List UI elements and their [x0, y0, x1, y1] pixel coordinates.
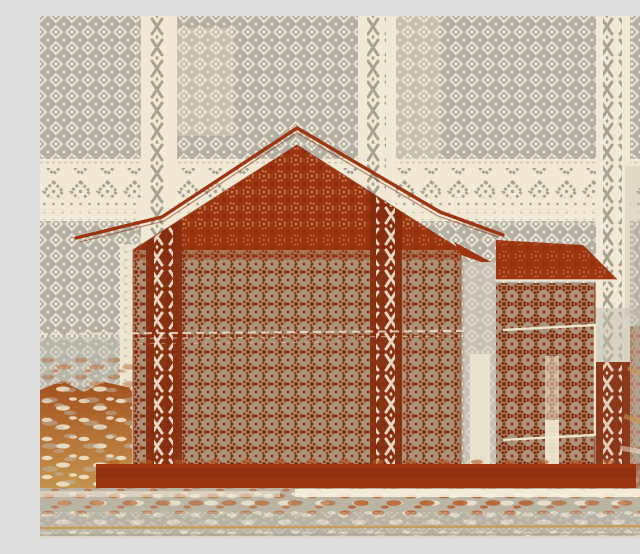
- base-band-right-fade: [636, 464, 640, 490]
- wash-upper-right: [625, 166, 640, 316]
- ground-base-band: [96, 459, 640, 490]
- gable-base-shade: [133, 228, 461, 252]
- artwork-svg: [40, 16, 640, 538]
- base-band-dark-core: [96, 468, 636, 479]
- wall-top-shade: [133, 250, 461, 260]
- strip-cream-streak-left: [40, 491, 280, 497]
- lattice-fade-patch-left: [175, 28, 233, 136]
- gap-bright-lower: [470, 354, 490, 468]
- foreground-strip: [40, 488, 640, 538]
- gap-strip: [464, 262, 497, 468]
- post-middle-chain: [376, 192, 395, 468]
- artwork: Screenprint artwork: rust-red gabled bar…: [40, 16, 640, 538]
- strip-gray-line: [40, 534, 640, 535]
- strip-cream-streak-right: [295, 489, 640, 497]
